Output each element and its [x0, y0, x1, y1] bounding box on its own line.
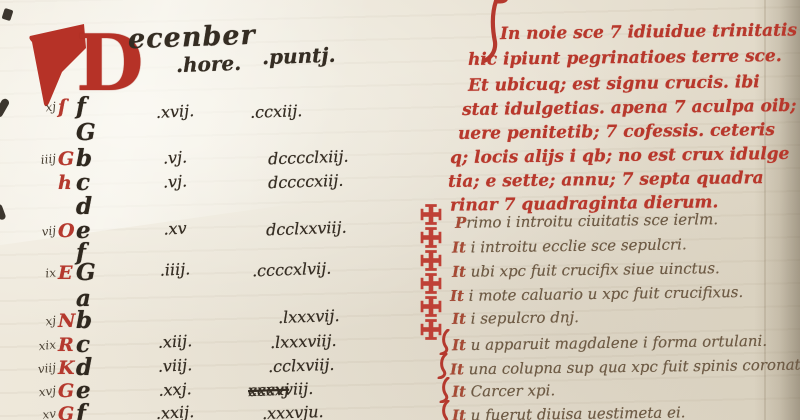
station-line-initial: It — [452, 336, 466, 354]
station-line-initial: It — [452, 238, 466, 256]
station-line: It Carcer xpi. — [452, 381, 555, 400]
golden-number — [26, 291, 56, 294]
rubric-line: Et ubicuq; est signu crucis. ibi — [468, 72, 760, 96]
calendar-value-row: .xxj.xxxvj cccxviij. — [0, 380, 430, 402]
cross-potent-icon — [419, 249, 443, 272]
station-line-text: una colupna sup qua xpc fuit spinis coro… — [464, 356, 800, 379]
calendar-letter-row: d — [0, 196, 120, 220]
calendar-letter-row: G — [0, 122, 120, 146]
month-title: ecenber — [127, 20, 256, 55]
ink-speck — [2, 8, 14, 21]
cross-potent-icon — [419, 203, 443, 226]
calendar-value-row: .xiij..lxxxviij. — [0, 332, 430, 354]
punti-value: .ccxiij. — [250, 101, 303, 122]
rubric-line: stat idulgetias. apena 7 aculpa oib; — [462, 96, 797, 120]
calendar-value-row: .xvdcclxxviij. — [0, 219, 430, 241]
punti-value: .ccccxlvij. — [252, 259, 332, 281]
punti-value: dcclxxviij. — [266, 218, 347, 240]
ferial-letter: d — [76, 193, 92, 220]
station-line-initial: It — [452, 263, 466, 281]
station-line-text: u apparuit magdalene i forma ortulani. — [466, 332, 767, 354]
golden-number — [26, 125, 56, 128]
hore-value: .xxij. — [132, 401, 219, 420]
calendar-value-row: .vj.dcccclxiij. — [0, 148, 430, 170]
rubric-line: uere penitetib; 7 cofessis. ceteris — [458, 120, 775, 144]
station-line-text: i introitu ecclie sce sepulcri. — [466, 235, 687, 256]
station-line-initial: It — [452, 310, 466, 328]
hore-value: .xiij. — [132, 330, 219, 353]
station-line-initial: It — [450, 360, 464, 378]
station-line-text: i sepulcro dnj. — [466, 308, 579, 328]
cross-potent-icon — [419, 272, 443, 295]
station-line: It i sepulcro dnj. — [452, 308, 579, 328]
calendar-value-row: .vj.dccccxiij. — [0, 172, 430, 194]
station-line-initial: It — [450, 287, 464, 305]
station-line-text: rimo i introitu ciuitatis sce ierlm. — [466, 210, 718, 232]
station-line-initial: It — [452, 383, 466, 401]
golden-number — [26, 199, 56, 202]
column-header-punti: .puntj. — [262, 43, 336, 70]
station-line-text: i mote caluario u xpc fuit crucifixus. — [464, 283, 743, 305]
station-line: It una colupna sup qua xpc fuit spinis c… — [450, 356, 800, 379]
rubric-line: q; locis alijs i qb; no est crux idulge — [450, 144, 790, 168]
hore-value: .xv — [132, 217, 219, 240]
punti-value-struck: xxxvj — [248, 380, 290, 400]
punti-value: .lxxxvij. — [278, 306, 340, 327]
rubric-line: tia; e sette; annu; 7 septa quadra — [448, 168, 764, 192]
hore-value: .vj. — [132, 146, 219, 169]
calendar-value-row: .xvij..ccxiij. — [0, 102, 430, 124]
item-flourish-icon — [438, 400, 452, 420]
punti-value: .xxxvju. — [262, 402, 324, 420]
hore-value — [132, 305, 218, 310]
calendar-value-row: .iiij..ccccxlvij. — [0, 260, 430, 282]
hore-value: .xxj. — [132, 378, 219, 401]
cross-potent-icon — [419, 295, 443, 318]
item-flourish-icon — [436, 353, 450, 379]
station-line: Primo i introitu ciuitatis sce ierlm. — [455, 210, 718, 232]
column-header-hore: .hore. — [176, 51, 242, 77]
station-line: It u fuerut diuisa uestimeta ei. — [452, 403, 686, 420]
rubric-line: hic ipiunt pegrinatioes terre sce. — [468, 46, 782, 70]
cross-potent-icon — [419, 318, 443, 341]
calendar-value-row: .lxxxvij. — [0, 307, 430, 329]
station-line: It u apparuit magdalene i forma ortulani… — [452, 332, 767, 354]
station-line: It ubi xpc fuit crucifix siue uinctus. — [452, 259, 720, 281]
rubric-line: In noie sce 7 idiuidue trinitatis am. — [500, 20, 800, 44]
station-line-text: ubi xpc fuit crucifix siue uinctus. — [466, 259, 720, 281]
cross-potent-icon — [419, 226, 443, 249]
station-line: It i mote caluario u xpc fuit crucifixus… — [450, 283, 743, 305]
hore-value: .xvij. — [132, 100, 219, 123]
punti-value: dcccclxiij. — [268, 147, 349, 169]
hore-value: .iiij. — [132, 258, 219, 281]
punti-value: .cclxviij. — [268, 355, 335, 376]
station-line-initial: It — [452, 406, 466, 420]
calendar-value-row: .xxij..xxxvju. — [0, 403, 430, 420]
punti-value: dccccxiij. — [268, 171, 344, 193]
station-line-initial: P — [455, 214, 467, 232]
hore-value: .viij. — [132, 354, 219, 377]
station-line-text: u fuerut diuisa uestimeta ei. — [466, 403, 686, 420]
punti-value: .lxxxviij. — [270, 331, 337, 352]
hore-value: .vj. — [132, 170, 219, 193]
station-line-text: Carcer xpi. — [466, 381, 555, 400]
punti-value: xxxvj cccxviij. — [248, 379, 314, 400]
station-line: It i introitu ecclie sce sepulcri. — [452, 235, 687, 256]
golden-number — [26, 245, 56, 248]
calendar-value-row: .viij..cclxviij. — [0, 356, 430, 378]
manuscript-page: D ecenber .hore. .puntj. xjſfGiiijGbhcdv… — [0, 0, 800, 420]
